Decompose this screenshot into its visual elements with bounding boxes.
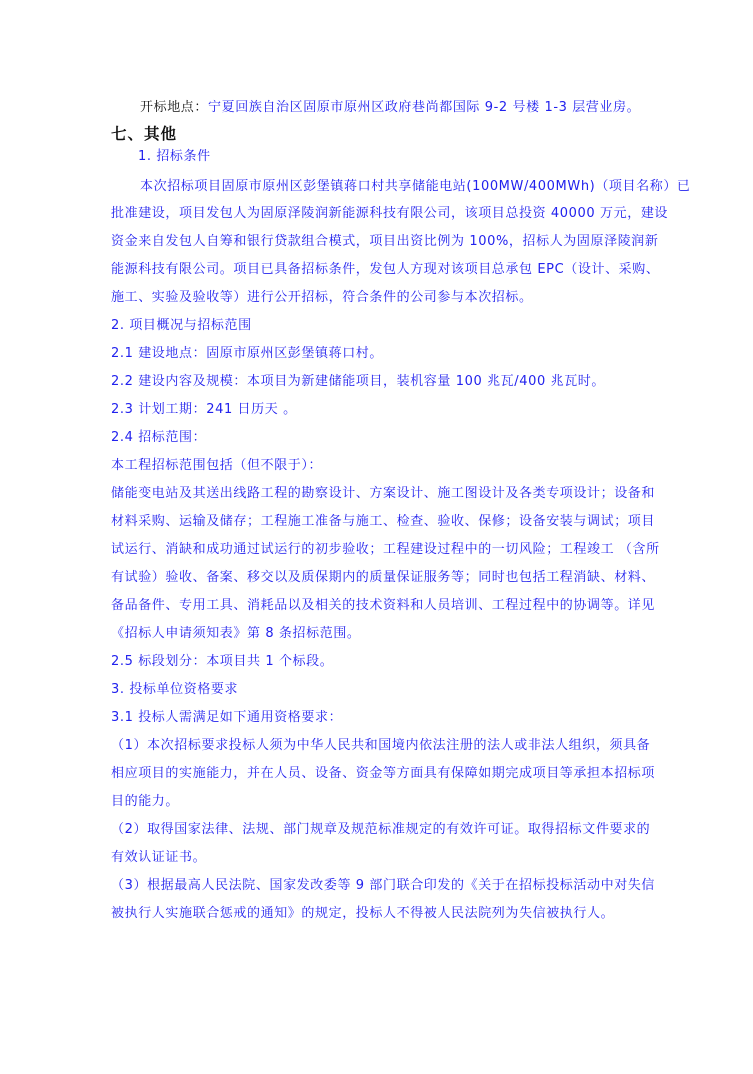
s1-para-line: 本次招标项目固原市原州区彭堡镇蒋口村共享储能电站(100MW/400MWh)（项… [140,179,642,195]
scope-para-line: 试运行、消缺和成功通过试运行的初步验收；工程建设过程中的一切风险；工程竣工 （含… [111,542,642,558]
section-3-title: 3. 投标单位资格要求 [111,682,651,698]
s1-para-line: 资金来自发包人自筹和银行贷款组合模式，项目出资比例为 100%，招标人为固原泽陵… [111,234,642,250]
scope-para-line: 材料采购、运输及储存；工程施工准备与施工、检查、验收、保修；设备安装与调试；项目 [111,514,642,530]
requirement-1-line: （1）本次招标要求投标人须为中华人民共和国境内依法注册的法人或非法人组织，须具备 [111,738,642,754]
opening-location-value: 宁夏回族自治区固原市原州区政府巷尚都国际 9-2 号楼 1-3 层营业房。 [208,100,640,115]
requirement-1-line: 目的能力。 [111,794,651,810]
requirement-3-line: 被执行人实施联合惩戒的通知》的规定，投标人不得被人民法院列为失信被执行人。 [111,906,651,922]
requirement-3-line: （3）根据最高人民法院、国家发改委等 9 部门联合印发的《关于在招标投标活动中对… [111,878,642,894]
requirement-2-line: （2）取得国家法律、法规、部门规章及规范标准规定的有效许可证。取得招标文件要求的 [111,822,642,838]
section-3-1: 3.1 投标人需满足如下通用资格要求： [111,710,651,726]
section-2-3: 2.3 计划工期：241 日历天 。 [111,402,651,418]
section-2-4: 2.4 招标范围： [111,430,651,446]
scope-intro: 本工程招标范围包括（但不限于）： [111,458,651,474]
scope-para-line: 储能变电站及其送出线路工程的勘察设计、方案设计、施工图设计及各类专项设计；设备和 [111,486,642,502]
section-2-2: 2.2 建设内容及规模：本项目为新建储能项目，装机容量 100 兆瓦/400 兆… [111,374,651,390]
requirement-1-line: 相应项目的实施能力，并在人员、设备、资金等方面具有保障如期完成项目等承担本招标项 [111,766,642,782]
s1-para-line: 施工、实验及验收等）进行公开招标，符合条件的公司参与本次招标。 [111,290,651,306]
section-heading-other: 七、其他 [111,122,177,144]
opening-location-label: 开标地点： [140,100,208,115]
section-2-title: 2. 项目概况与招标范围 [111,318,651,334]
opening-location-line: 开标地点：宁夏回族自治区固原市原州区政府巷尚都国际 9-2 号楼 1-3 层营业… [140,100,680,116]
scope-para-line: 《招标人申请须知表》第 8 条招标范围。 [111,626,651,642]
requirement-2-line: 有效认证证书。 [111,850,651,866]
section-1-title: 1. 招标条件 [138,149,678,165]
s1-para-line: 能源科技有限公司。项目已具备招标条件，发包人方现对该项目总承包 EPC（设计、采… [111,262,642,278]
s1-para-line: 批准建设，项目发包人为固原泽陵润新能源科技有限公司，该项目总投资 40000 万… [111,206,642,222]
scope-para-line: 有试验）验收、备案、移交以及质保期内的质量保证服务等；同时也包括工程消缺、材料、 [111,570,642,586]
section-2-5: 2.5 标段划分：本项目共 1 个标段。 [111,654,651,670]
section-2-1: 2.1 建设地点：固原市原州区彭堡镇蒋口村。 [111,346,651,362]
scope-para-line: 备品备件、专用工具、消耗品以及相关的技术资料和人员培训、工程过程中的协调等。详见 [111,598,642,614]
document-page: 开标地点：宁夏回族自治区固原市原州区政府巷尚都国际 9-2 号楼 1-3 层营业… [0,0,753,1074]
